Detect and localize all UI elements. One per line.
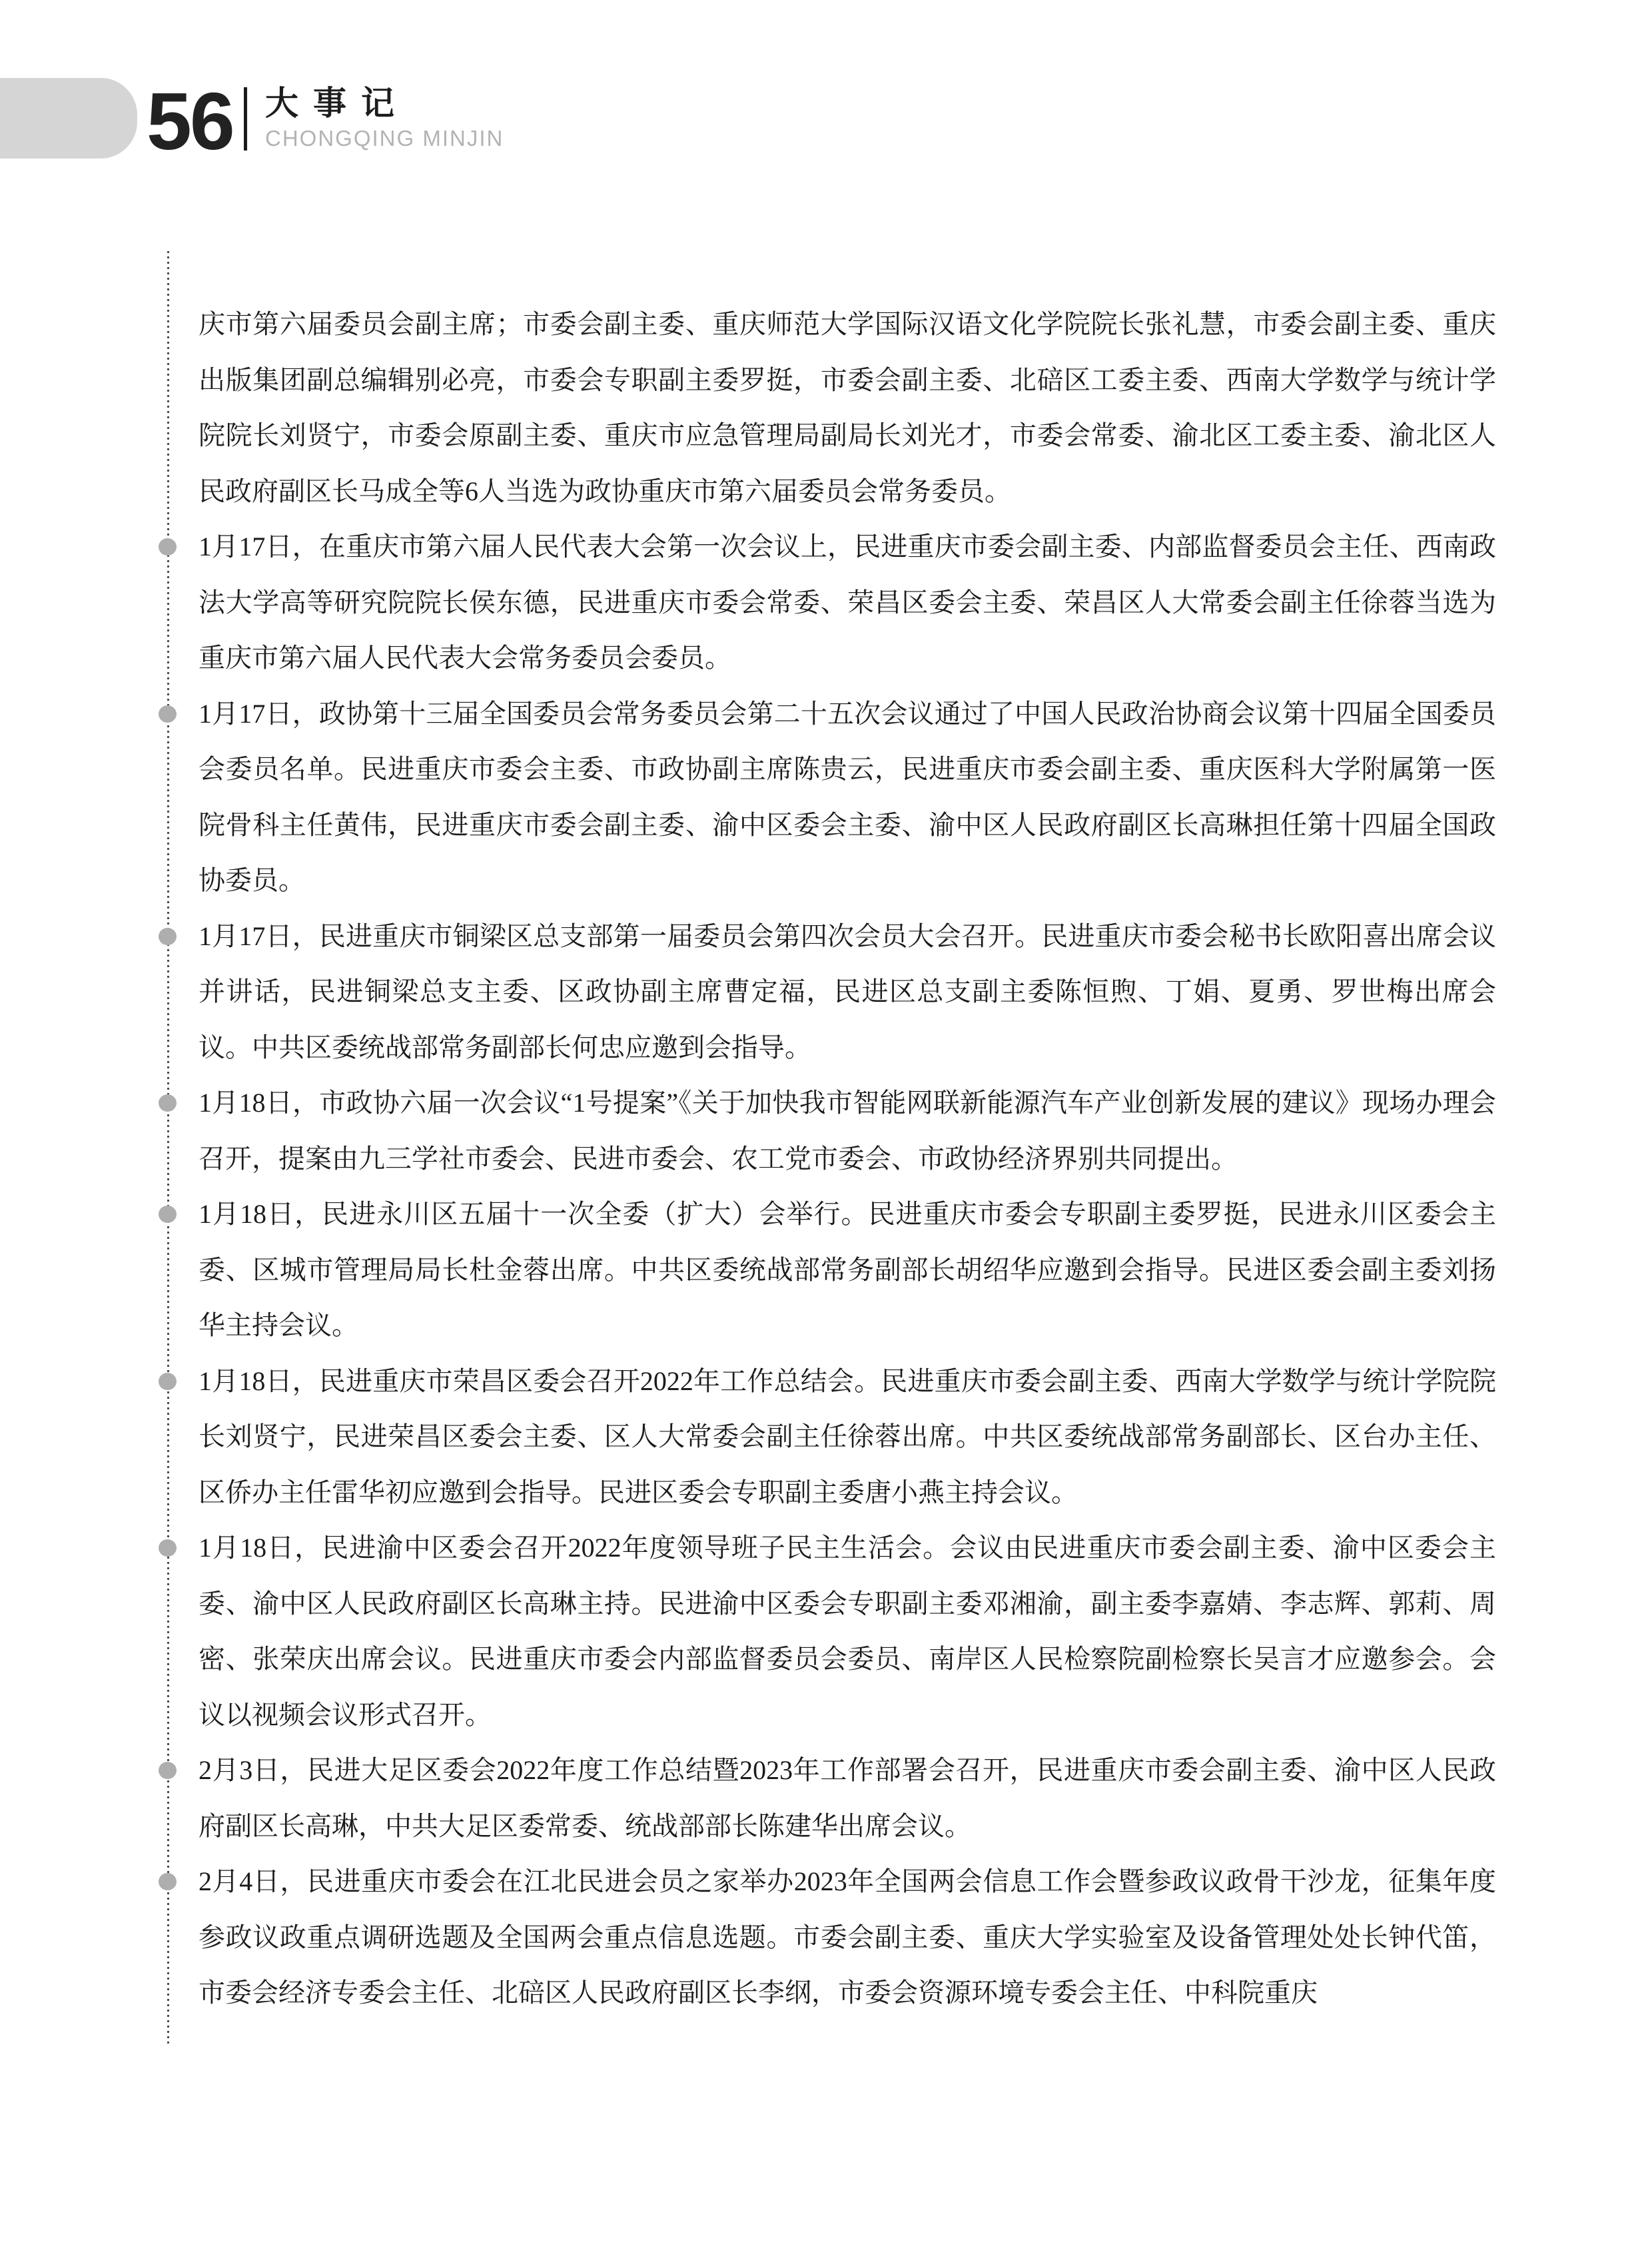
bullet-dot-icon [159,1206,177,1223]
bullet-dot-icon [159,1873,177,1890]
bullet-dot-icon [159,538,177,556]
bullet-dot-icon [159,1762,177,1779]
page-subtitle: CHONGQING MINJIN [265,127,504,149]
event-entry: 1月18日，民进永川区五届十一次全委（扩大）会举行。民进重庆市委会专职副主委罗挺… [199,1186,1496,1353]
event-entry: 1月18日，民进渝中区委会召开2022年度领导班子民主生活会。会议由民进重庆市委… [199,1520,1496,1742]
bullet-dot-icon [159,1094,177,1112]
bullet-dot-icon [159,705,177,723]
event-entry: 2月3日，民进大足区委会2022年度工作总结暨2023年工作部署会召开，民进重庆… [199,1742,1496,1854]
event-entry: 1月18日，民进重庆市荣昌区委会召开2022年工作总结会。民进重庆市委会副主委、… [199,1353,1496,1521]
event-text: 庆市第六届委员会副主席；市委会副主委、重庆师范大学国际汉语文化学院院长张礼慧，市… [199,309,1496,506]
event-text: 2月3日，民进大足区委会2022年度工作总结暨2023年工作部署会召开，民进重庆… [199,1755,1496,1841]
event-entry: 1月17日，在重庆市第六届人民代表大会第一次会议上，民进重庆市委会副主委、内部监… [199,519,1496,686]
bullet-dot-icon [159,1539,177,1557]
event-text: 1月17日，在重庆市第六届人民代表大会第一次会议上，民进重庆市委会副主委、内部监… [199,532,1496,673]
event-entry: 1月17日，民进重庆市铜梁区总支部第一届委员会第四次会员大会召开。民进重庆市委会… [199,909,1496,1076]
magazine-page: { "page": { "number": "56", "title": "大事… [0,0,1652,2242]
event-text: 1月17日，政协第十三届全国委员会常务委员会第二十五次会议通过了中国人民政治协商… [199,699,1496,896]
event-entry: 1月18日，市政协六届一次会议“1号提案”《关于加快我市智能网联新能源汽车产业创… [199,1075,1496,1186]
event-text: 1月18日，民进永川区五届十一次全委（扩大）会举行。民进重庆市委会专职副主委罗挺… [199,1199,1496,1340]
event-entry: 1月17日，政协第十三届全国委员会常务委员会第二十五次会议通过了中国人民政治协商… [199,686,1496,909]
event-text: 1月18日，民进渝中区委会召开2022年度领导班子民主生活会。会议由民进重庆市委… [199,1533,1496,1730]
bullet-dot-icon [159,928,177,945]
chronicle-entries: 庆市第六届委员会副主席；市委会副主委、重庆师范大学国际汉语文化学院院长张礼慧，市… [199,296,1496,2021]
event-entry: 2月4日，民进重庆市委会在江北民进会员之家举办2023年全国两会信息工作会暨参政… [199,1854,1496,2021]
event-text: 1月17日，民进重庆市铜梁区总支部第一届委员会第四次会员大会召开。民进重庆市委会… [199,921,1496,1062]
event-text: 2月4日，民进重庆市委会在江北民进会员之家举办2023年全国两会信息工作会暨参政… [199,1866,1496,2008]
event-text: 1月18日，民进重庆市荣昌区委会召开2022年工作总结会。民进重庆市委会副主委、… [199,1366,1496,1507]
header-divider [244,87,247,151]
event-text: 1月18日，市政协六届一次会议“1号提案”《关于加快我市智能网联新能源汽车产业创… [199,1088,1496,1174]
event-entry: 庆市第六届委员会副主席；市委会副主委、重庆师范大学国际汉语文化学院院长张礼慧，市… [199,296,1496,519]
page-number: 56 [147,81,233,162]
bullet-dot-icon [159,1373,177,1390]
page-title: 大事记 [265,87,409,120]
header-tab-shape [0,78,137,159]
